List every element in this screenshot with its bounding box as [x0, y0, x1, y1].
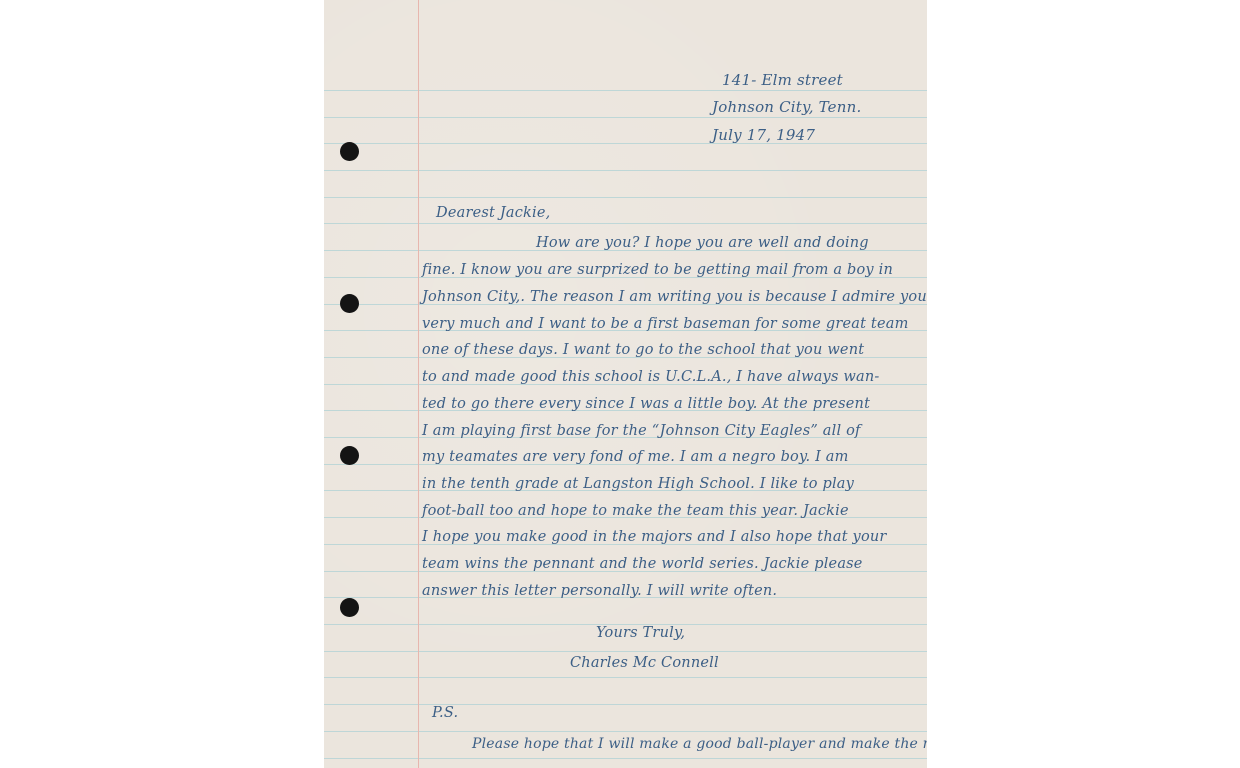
ruled-line: [324, 197, 927, 198]
body-line: I hope you make good in the majors and I…: [422, 530, 887, 545]
body-line: answer this letter personally. I will wr…: [422, 584, 777, 599]
ps-label: P.S.: [432, 706, 458, 721]
body-line: I am playing first base for the “Johnson…: [422, 424, 861, 439]
punch-hole-icon: [340, 142, 359, 161]
ruled-line: [324, 758, 927, 759]
salutation: Dearest Jackie,: [436, 206, 550, 221]
body-line: very much and I want to be a first basem…: [422, 317, 909, 332]
ruled-line: [324, 677, 927, 678]
ruled-line: [324, 170, 927, 171]
punch-hole-icon: [340, 446, 359, 465]
address-street: 141- Elm street: [722, 73, 843, 88]
body-line: How are you? I hope you are well and doi…: [536, 236, 869, 251]
address-city: Johnson City, Tenn.: [712, 100, 861, 115]
ruled-line: [324, 731, 927, 732]
ruled-line: [324, 651, 927, 652]
punch-hole-icon: [340, 294, 359, 313]
ruled-line: [324, 117, 927, 118]
document-viewer: 141- Elm street Johnson City, Tenn. July…: [0, 0, 1240, 768]
margin-line: [418, 0, 419, 768]
ruled-line: [324, 143, 927, 144]
ps-text: Please hope that I will make a good ball…: [472, 736, 927, 751]
closing: Yours Truly,: [596, 626, 685, 641]
body-line: Johnson City,. The reason I am writing y…: [422, 290, 927, 305]
signature: Charles Mc Connell: [570, 656, 719, 671]
letter-page: 141- Elm street Johnson City, Tenn. July…: [324, 0, 927, 768]
ruled-line: [324, 704, 927, 705]
body-line: my teamates are very fond of me. I am a …: [422, 450, 849, 465]
body-line: to and made good this school is U.C.L.A.…: [422, 370, 880, 385]
body-line: foot-ball too and hope to make the team …: [422, 504, 849, 519]
body-line: team wins the pennant and the world seri…: [422, 557, 863, 572]
body-line: ted to go there every since I was a litt…: [422, 397, 870, 412]
punch-hole-icon: [340, 598, 359, 617]
ruled-line: [324, 223, 927, 224]
body-line: fine. I know you are surprized to be get…: [422, 263, 893, 278]
ps-text-main: Please hope that I will make a good ball…: [472, 736, 927, 752]
letter-date: July 17, 1947: [712, 128, 815, 143]
ruled-line: [324, 90, 927, 91]
body-line: one of these days. I want to go to the s…: [422, 343, 864, 358]
body-line: in the tenth grade at Langston High Scho…: [422, 477, 854, 492]
